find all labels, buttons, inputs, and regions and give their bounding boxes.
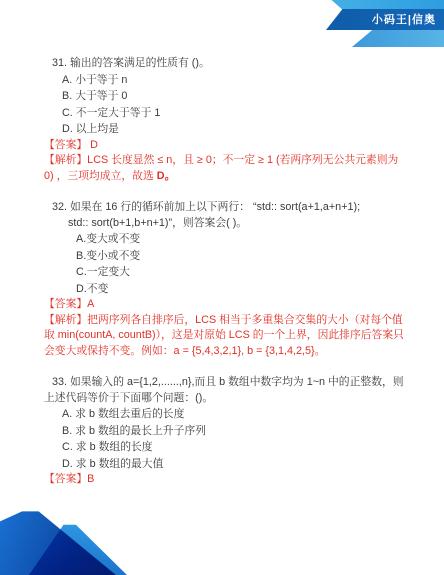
question-33: 33. 如果输入的 a={1,2,......,n},而且 b 数组中数字均为 … [44,375,404,488]
brand-logo-text: 小码王|信奥 [372,11,436,27]
analysis-text: 【解析】LCS 长度显然 ≤ n，且 ≥ 0；不一定 ≥ 1 (若两序列无公共元… [44,154,398,182]
ribbon-dark-shape [326,9,444,30]
ribbon-light-shape [294,0,444,21]
ribbon-mid-shape [352,30,444,47]
option-c: C.一定变大 [44,264,404,281]
answer-line: 【答案】B [44,472,404,488]
question-stem-code: std:: sort(b+1,b+n+1)”，则答案会( )。 [44,216,404,232]
option-b: B.变小或不变 [44,248,404,265]
analysis-line: 【解析】LCS 长度显然 ≤ n，且 ≥ 0；不一定 ≥ 1 (若两序列无公共元… [44,153,404,184]
option-d: D. 求 b 数组的最大值 [44,456,404,473]
option-d: D.不变 [44,281,404,298]
answer-line: 【答案】A [44,297,404,313]
option-b: B. 大于等于 0 [44,88,404,105]
option-a: A. 求 b 数组去重后的长度 [44,406,404,423]
header-brand-ribbon: 小码王|信奥 [294,0,444,62]
option-a: A. 小于等于 n [44,72,404,89]
option-c: C. 不一定大于等于 1 [44,105,404,122]
mountain-shape-back [0,508,138,575]
option-a: A.变大或不变 [44,231,404,248]
questions-content: 31. 输出的答案满足的性质有 ()。 A. 小于等于 n B. 大于等于 0 … [44,56,404,488]
mountain-shape-front [0,508,138,575]
question-stem: 33. 如果输入的 a={1,2,......,n},而且 b 数组中数字均为 … [44,375,404,406]
option-b: B. 求 b 数组的最长上升子序列 [44,423,404,440]
analysis-text: 【解析】把两序列各自排序后，LCS 相当于多重集合交集的大小（对每个值取 min… [44,314,404,357]
question-stem: 32. 如果在 16 行的循环前加上以下两行： “std:: sort(a+1,… [44,200,404,216]
option-c: C. 求 b 数组的长度 [44,439,404,456]
analysis-bold-text: D。 [157,170,176,182]
document-page: 小码王|信奥 31. 输出的答案满足的性质有 ()。 A. 小于等于 n B. … [0,0,444,575]
answer-line: 【答案】 D [44,138,404,154]
question-31: 31. 输出的答案满足的性质有 ()。 A. 小于等于 n B. 大于等于 0 … [44,56,404,184]
question-32: 32. 如果在 16 行的循环前加上以下两行： “std:: sort(a+1,… [44,200,404,359]
analysis-line: 【解析】把两序列各自排序后，LCS 相当于多重集合交集的大小（对每个值取 min… [44,313,404,360]
footer-corner-decoration [0,508,138,575]
option-d: D. 以上均是 [44,121,404,138]
question-stem: 31. 输出的答案满足的性质有 ()。 [44,56,404,72]
